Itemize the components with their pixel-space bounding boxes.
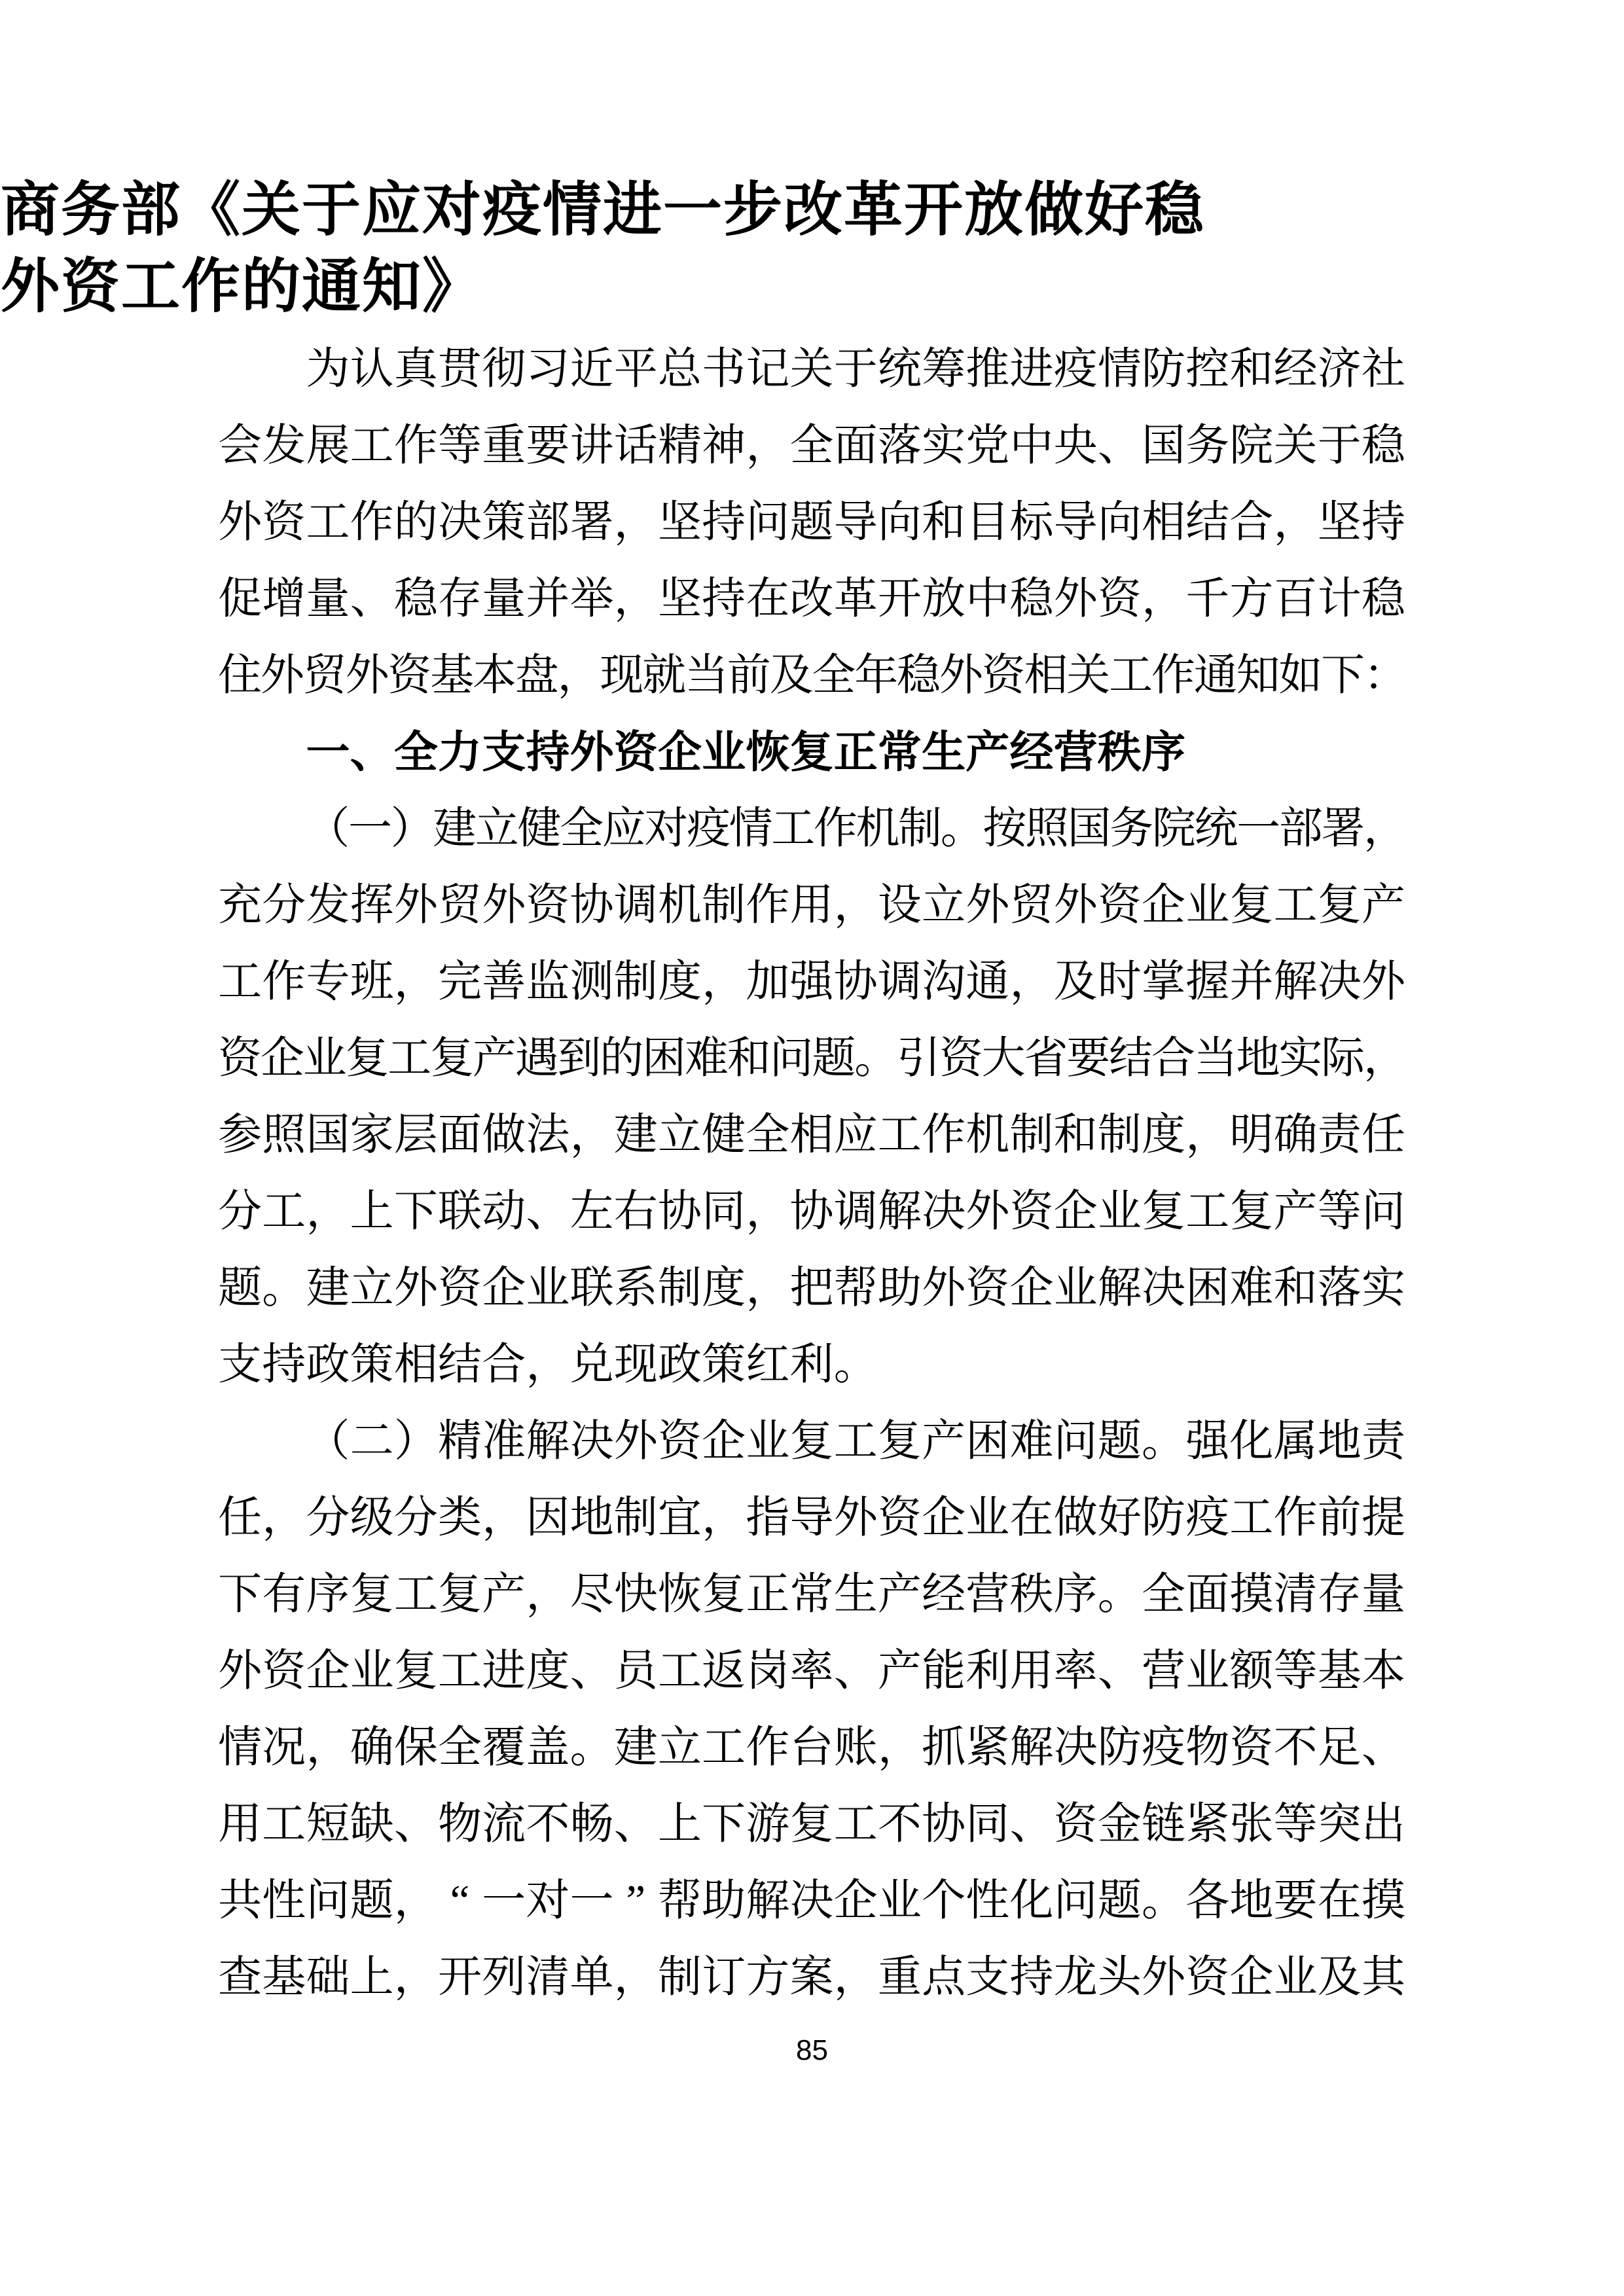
glyph: 等 xyxy=(1274,1786,1318,1863)
glyph: 在 xyxy=(746,561,789,637)
glyph: 额 xyxy=(1229,1633,1273,1710)
glyph: 本 xyxy=(1362,1633,1405,1710)
glyph: 资 xyxy=(438,1250,482,1327)
glyph: 班 xyxy=(350,944,394,1020)
glyph: 尽 xyxy=(570,1556,614,1633)
glyph: 分 xyxy=(262,867,306,944)
glyph: 资 xyxy=(60,249,120,325)
glyph: 外 xyxy=(965,1174,1009,1250)
glyph: ， xyxy=(834,1939,878,2016)
glyph: ， xyxy=(394,1939,438,2016)
glyph: 强 xyxy=(1185,1403,1229,1480)
glyph: 务 xyxy=(1110,791,1152,867)
glyph: 物 xyxy=(1185,1710,1229,1786)
glyph: 发 xyxy=(262,408,306,484)
glyph: 存 xyxy=(438,561,482,637)
glyph: ， xyxy=(878,1710,922,1786)
glyph: 部 xyxy=(120,172,181,249)
glyph: 外 xyxy=(394,1250,438,1327)
glyph: 、 xyxy=(1098,1633,1142,1710)
glyph: 经 xyxy=(922,1556,965,1633)
glyph: 账 xyxy=(834,1710,878,1786)
glyph: 作 xyxy=(1151,637,1194,714)
glyph: 加 xyxy=(746,944,789,1020)
glyph: 进 xyxy=(482,1633,526,1710)
glyph: 相 xyxy=(1024,637,1066,714)
glyph: 题 xyxy=(1098,1403,1142,1480)
glyph: 度 xyxy=(1142,1097,1185,1174)
glyph: 张 xyxy=(1229,1786,1273,1863)
glyph: 问 xyxy=(1362,1174,1405,1250)
glyph: 结 xyxy=(438,1327,482,1403)
glyph: 决 xyxy=(570,1403,614,1480)
glyph: 利 xyxy=(965,1633,1009,1710)
glyph: 企 xyxy=(261,1020,303,1097)
glyph: （ xyxy=(306,791,348,867)
glyph: 资 xyxy=(965,1250,1009,1327)
glyph: 步 xyxy=(723,172,783,249)
glyph: 经 xyxy=(1274,331,1318,408)
glyph: 合 xyxy=(1229,484,1273,561)
glyph: ， xyxy=(1363,1020,1406,1097)
glyph: ， xyxy=(394,944,438,1020)
glyph: 持 xyxy=(702,561,746,637)
glyph: 策 xyxy=(702,1327,746,1403)
glyph: 度 xyxy=(702,1250,746,1327)
glyph: 好 xyxy=(1084,172,1144,249)
glyph: 企 xyxy=(306,1633,350,1710)
glyph: 地 xyxy=(570,1480,614,1556)
glyph: 掌 xyxy=(1142,944,1185,1020)
glyph: 各 xyxy=(1185,1863,1229,1939)
glyph: 秩 xyxy=(1009,1556,1053,1633)
glyph: 资 xyxy=(1098,867,1142,944)
glyph: 外 xyxy=(1142,1939,1185,2016)
glyph: 外 xyxy=(218,484,262,561)
glyph: 制 xyxy=(614,1480,658,1556)
glyph: 分 xyxy=(218,1174,262,1250)
glyph: 宜 xyxy=(658,1480,702,1556)
glyph: 认 xyxy=(350,331,394,408)
glyph: 时 xyxy=(1098,944,1142,1020)
glyph: 用 xyxy=(218,1786,262,1863)
glyph: 企 xyxy=(1142,867,1185,944)
glyph: 解 xyxy=(878,1174,922,1250)
glyph: 秩 xyxy=(1098,714,1142,791)
title-line: 外资工作的通知》 xyxy=(0,249,1624,325)
glyph: 于 xyxy=(1318,408,1362,484)
glyph: ， xyxy=(1185,1097,1229,1174)
glyph: 、 xyxy=(570,1633,614,1710)
glyph: 落 xyxy=(878,408,922,484)
glyph: ， xyxy=(262,1480,306,1556)
body-line: 共性问题，“一对一”帮助解决企业个性化问题。各地要在摸 xyxy=(218,1863,1406,1939)
glyph: 神 xyxy=(702,408,746,484)
glyph: 助 xyxy=(878,1250,922,1327)
glyph: 全 xyxy=(746,1097,789,1174)
glyph: 基 xyxy=(262,1939,306,2016)
glyph: 作 xyxy=(394,408,438,484)
glyph: 问 xyxy=(770,1020,812,1097)
glyph: 资 xyxy=(614,714,658,791)
glyph: 革 xyxy=(843,172,903,249)
glyph: 资 xyxy=(1185,1939,1229,2016)
glyph: 及 xyxy=(770,637,812,714)
glyph: 沟 xyxy=(922,944,965,1020)
glyph: 工 xyxy=(658,1633,702,1710)
glyph: 一 xyxy=(1236,791,1279,867)
glyph: 业 xyxy=(746,1403,789,1480)
glyph: 保 xyxy=(394,1710,438,1786)
glyph: 量 xyxy=(306,561,350,637)
glyph: 因 xyxy=(526,1480,569,1556)
glyph: 企 xyxy=(482,1250,526,1327)
glyph: 单 xyxy=(570,1939,614,2016)
glyph: ， xyxy=(1363,791,1406,867)
glyph: 近 xyxy=(570,331,614,408)
glyph: 复 xyxy=(1229,867,1273,944)
glyph: 用 xyxy=(789,867,833,944)
glyph: 开 xyxy=(903,172,964,249)
glyph: 家 xyxy=(350,1097,394,1174)
glyph: 在 xyxy=(1009,1480,1053,1556)
glyph: 建 xyxy=(306,1250,350,1327)
glyph: 业 xyxy=(303,1020,346,1097)
glyph: 现 xyxy=(614,1327,658,1403)
glyph: 生 xyxy=(834,1556,878,1633)
glyph: 等 xyxy=(1274,1633,1318,1710)
body-line: 下有序复工复产，尽快恢复正常生产经营秩序。全面摸清存量 xyxy=(218,1556,1406,1633)
glyph: 并 xyxy=(526,561,569,637)
glyph: 协 xyxy=(658,1174,702,1250)
glyph: 的 xyxy=(241,249,301,325)
glyph: 坚 xyxy=(658,561,702,637)
glyph: 资 xyxy=(262,1633,306,1710)
glyph: 习 xyxy=(526,331,569,408)
glyph: 善 xyxy=(482,944,526,1020)
paragraph: 为认真贯彻习近平总书记关于统筹推进疫情防控和经济社会发展工作等重要讲话精神，全面… xyxy=(218,331,1406,714)
body-line: （一）建立健全应对疫情工作机制。按照国务院统一部署， xyxy=(218,791,1406,867)
glyph: ， xyxy=(834,867,878,944)
glyph: 推 xyxy=(965,331,1009,408)
glyph: 对 xyxy=(526,1863,569,1939)
body-line: 查基础上，开列清单，制订方案，重点支持龙头外资企业及其 xyxy=(218,1939,1406,2016)
glyph: 面 xyxy=(438,1097,482,1174)
glyph: 知 xyxy=(1236,637,1279,714)
glyph: 全 xyxy=(438,1710,482,1786)
glyph: 、 xyxy=(394,1786,438,1863)
glyph: 一 xyxy=(348,791,391,867)
glyph: 合 xyxy=(1151,1020,1194,1097)
body-line: 任，分级分类，因地制宜，指导外资企业在做好防疫工作前提 xyxy=(218,1480,1406,1556)
glyph: 计 xyxy=(1318,561,1362,637)
glyph: 商 xyxy=(0,172,60,249)
glyph: 和 xyxy=(922,484,965,561)
glyph: 开 xyxy=(438,1939,482,2016)
glyph: 同 xyxy=(702,1174,746,1250)
glyph: 常 xyxy=(878,714,922,791)
glyph: 在 xyxy=(1318,1863,1362,1939)
glyph: 决 xyxy=(1318,944,1362,1020)
glyph: 复 xyxy=(878,1403,922,1480)
glyph: 基 xyxy=(430,637,473,714)
glyph: 决 xyxy=(922,1174,965,1250)
glyph: 建 xyxy=(433,791,475,867)
glyph: 企 xyxy=(1229,1939,1273,2016)
glyph: 序 xyxy=(306,1556,350,1633)
glyph: 社 xyxy=(1362,331,1405,408)
glyph: 作 xyxy=(1274,1480,1318,1556)
glyph: ， xyxy=(558,637,600,714)
glyph: 工 xyxy=(1185,1174,1229,1250)
glyph: 盖 xyxy=(526,1710,569,1786)
glyph: 做 xyxy=(1024,172,1084,249)
glyph: 书 xyxy=(702,331,746,408)
glyph: 部 xyxy=(1279,791,1322,867)
glyph: 企 xyxy=(702,1403,746,1480)
body-line: 外资工作的决策部署，坚持问题导向和目标导向相结合，坚持 xyxy=(218,484,1406,561)
glyph: 外 xyxy=(0,249,60,325)
section-heading: 一、全力支持外资企业恢复正常生产经营秩序 xyxy=(218,714,1406,791)
glyph: 企 xyxy=(834,1863,878,1939)
glyph: 政 xyxy=(658,1327,702,1403)
glyph: 挥 xyxy=(350,867,394,944)
glyph: 制 xyxy=(658,1939,702,2016)
glyph: ， xyxy=(306,1174,350,1250)
glyph: 资 xyxy=(1054,1786,1098,1863)
glyph: 制 xyxy=(614,944,658,1020)
glyph: 畅 xyxy=(570,1786,614,1863)
document-body: 为认真贯彻习近平总书记关于统筹推进疫情防控和经济社会发展工作等重要讲话精神，全面… xyxy=(218,331,1406,2016)
glyph: 问 xyxy=(1054,1863,1098,1939)
glyph: 订 xyxy=(702,1939,746,2016)
page-number: 85 xyxy=(0,2031,1624,2070)
glyph: 疫 xyxy=(482,172,542,249)
glyph: 应 xyxy=(834,1097,878,1174)
glyph: 当 xyxy=(1194,1020,1236,1097)
glyph: 制 xyxy=(1098,1097,1142,1174)
glyph: 立 xyxy=(922,867,965,944)
glyph: 放 xyxy=(922,561,965,637)
glyph: 列 xyxy=(482,1939,526,2016)
glyph: 分 xyxy=(306,1480,350,1556)
glyph: 不 xyxy=(878,1786,922,1863)
glyph: 通 xyxy=(1194,637,1236,714)
glyph: ” xyxy=(614,1863,658,1939)
glyph: 上 xyxy=(658,1786,702,1863)
glyph: 面 xyxy=(1185,1556,1229,1633)
glyph: 系 xyxy=(614,1250,658,1327)
glyph: 提 xyxy=(1362,1480,1405,1556)
glyph: 调 xyxy=(614,867,658,944)
glyph: 量 xyxy=(482,561,526,637)
glyph: 上 xyxy=(350,1174,394,1250)
glyph: 制 xyxy=(658,1250,702,1327)
glyph: 地 xyxy=(1318,1403,1362,1480)
glyph: 工 xyxy=(1229,1480,1273,1556)
glyph: 工 xyxy=(262,1174,306,1250)
glyph: 、 xyxy=(614,1786,658,1863)
glyph: 立 xyxy=(350,1250,394,1327)
glyph: 确 xyxy=(1274,1097,1318,1174)
body-line: 题。建立外资企业联系制度，把帮助外资企业解决困难和落实 xyxy=(218,1250,1406,1327)
glyph: 、 xyxy=(1009,1786,1053,1863)
glyph: 工 xyxy=(394,1556,438,1633)
body-line: 支持政策相结合，兑现政策红利。 xyxy=(218,1327,1406,1403)
glyph: 上 xyxy=(350,1939,394,2016)
glyph: 当 xyxy=(685,637,727,714)
glyph: 复 xyxy=(1142,1174,1185,1250)
glyph: 照 xyxy=(1025,791,1068,867)
glyph: ， xyxy=(482,1480,526,1556)
glyph: 持 xyxy=(526,714,569,791)
glyph: 参 xyxy=(218,1097,262,1174)
glyph: 链 xyxy=(1142,1786,1185,1863)
glyph: 方 xyxy=(1229,561,1273,637)
glyph: 一 xyxy=(306,714,350,791)
glyph: 解 xyxy=(1274,944,1318,1020)
glyph: ， xyxy=(526,1556,569,1633)
glyph: 支 xyxy=(965,1939,1009,2016)
glyph: 常 xyxy=(789,1556,833,1633)
glyph: 关 xyxy=(1066,637,1109,714)
body-line: 参照国家层面做法，建立健全相应工作机制和制度，明确责任 xyxy=(218,1097,1406,1174)
glyph: 导 xyxy=(1054,484,1098,561)
glyph: 记 xyxy=(746,331,789,408)
glyph: 稳 xyxy=(1009,561,1053,637)
glyph: 资 xyxy=(388,637,430,714)
glyph: 外 xyxy=(1362,944,1405,1020)
glyph: 放 xyxy=(964,172,1024,249)
glyph: 解 xyxy=(526,1403,569,1480)
glyph: 工 xyxy=(218,944,262,1020)
glyph: 企 xyxy=(922,1480,965,1556)
glyph: ， xyxy=(614,1939,658,2016)
glyph: 工 xyxy=(878,1097,922,1174)
glyph: 完 xyxy=(438,944,482,1020)
glyph: 策 xyxy=(350,1327,394,1403)
glyph: 全 xyxy=(789,408,833,484)
glyph: 清 xyxy=(526,1939,569,2016)
glyph: 济 xyxy=(1318,331,1362,408)
glyph: 面 xyxy=(834,408,878,484)
glyph: 资 xyxy=(526,867,569,944)
glyph: 全 xyxy=(1142,1556,1185,1633)
glyph: 测 xyxy=(570,944,614,1020)
document-title: 商务部《关于应对疫情进一步改革开放做好稳外资工作的通知》 xyxy=(0,172,1624,325)
glyph: 作 xyxy=(262,944,306,1020)
glyph: 机 xyxy=(965,1097,1009,1174)
glyph: 资 xyxy=(1229,1710,1273,1786)
glyph: 外 xyxy=(394,867,438,944)
glyph: 改 xyxy=(789,561,833,637)
glyph: 复 xyxy=(1229,1174,1273,1250)
glyph: 兑 xyxy=(570,1327,614,1403)
glyph: 恢 xyxy=(658,1556,702,1633)
glyph: 外 xyxy=(261,637,303,714)
glyph: ， xyxy=(746,1174,789,1250)
glyph: 、 xyxy=(1362,1710,1405,1786)
glyph: 平 xyxy=(614,331,658,408)
glyph: 属 xyxy=(1274,1403,1318,1480)
glyph: ： xyxy=(1363,637,1406,714)
glyph: 紧 xyxy=(965,1710,1009,1786)
glyph: 国 xyxy=(306,1097,350,1174)
glyph: 业 xyxy=(1098,1174,1142,1250)
glyph: 有 xyxy=(262,1556,306,1633)
glyph: 大 xyxy=(982,1020,1024,1097)
glyph: 展 xyxy=(306,408,350,484)
glyph: 资 xyxy=(982,637,1024,714)
body-line: 充分发挥外贸外资协调机制作用，设立外贸外资企业复工复产 xyxy=(218,867,1406,944)
glyph: 下 xyxy=(394,1174,438,1250)
glyph: 突 xyxy=(1318,1786,1362,1863)
glyph: 头 xyxy=(1098,1939,1142,2016)
glyph: 关 xyxy=(241,172,301,249)
glyph: 外 xyxy=(218,1633,262,1710)
glyph: 专 xyxy=(306,944,350,1020)
glyph: 快 xyxy=(614,1556,658,1633)
glyph: 好 xyxy=(1098,1480,1142,1556)
glyph: 合 xyxy=(482,1327,526,1403)
glyph: ， xyxy=(1274,484,1318,561)
glyph: 通 xyxy=(301,249,361,325)
glyph: 工 xyxy=(771,791,814,867)
glyph: 帮 xyxy=(658,1863,702,1939)
glyph: 相 xyxy=(1142,484,1185,561)
glyph: 举 xyxy=(570,561,614,637)
glyph: 话 xyxy=(614,408,658,484)
glyph: 情 xyxy=(729,791,772,867)
glyph: 、 xyxy=(350,561,394,637)
glyph: 员 xyxy=(614,1633,658,1710)
glyph: 国 xyxy=(1068,791,1110,867)
glyph: 支 xyxy=(218,1327,262,1403)
glyph: 前 xyxy=(727,637,770,714)
glyph: 策 xyxy=(482,484,526,561)
glyph: 相 xyxy=(789,1097,833,1174)
glyph: 产 xyxy=(473,1020,515,1097)
glyph: 产 xyxy=(922,1403,965,1480)
glyph: 。 xyxy=(262,1250,306,1327)
glyph: 复 xyxy=(350,1556,394,1633)
glyph: 复 xyxy=(345,1020,388,1097)
glyph: 决 xyxy=(789,1863,833,1939)
glyph: 资 xyxy=(1098,561,1142,637)
glyph: 足 xyxy=(1318,1710,1362,1786)
glyph: 游 xyxy=(746,1786,789,1863)
glyph: 业 xyxy=(702,714,746,791)
glyph: 促 xyxy=(218,561,262,637)
glyph: 实 xyxy=(1278,1020,1321,1097)
glyph: 全 xyxy=(560,791,602,867)
glyph: 务 xyxy=(60,172,120,249)
glyph: 制 xyxy=(1009,1097,1053,1174)
glyph: 解 xyxy=(1098,1250,1142,1327)
glyph: ， xyxy=(570,1097,614,1174)
glyph: 准 xyxy=(482,1403,526,1480)
glyph: 制 xyxy=(702,867,746,944)
glyph: 知 xyxy=(361,249,422,325)
glyph: 住 xyxy=(218,637,261,714)
glyph: 力 xyxy=(438,714,482,791)
glyph: 年 xyxy=(854,637,897,714)
glyph: 确 xyxy=(350,1710,394,1786)
glyph: 难 xyxy=(1229,1250,1273,1327)
glyph: 工 xyxy=(834,1403,878,1480)
glyph: 左 xyxy=(570,1174,614,1250)
glyph: 工 xyxy=(1274,867,1318,944)
